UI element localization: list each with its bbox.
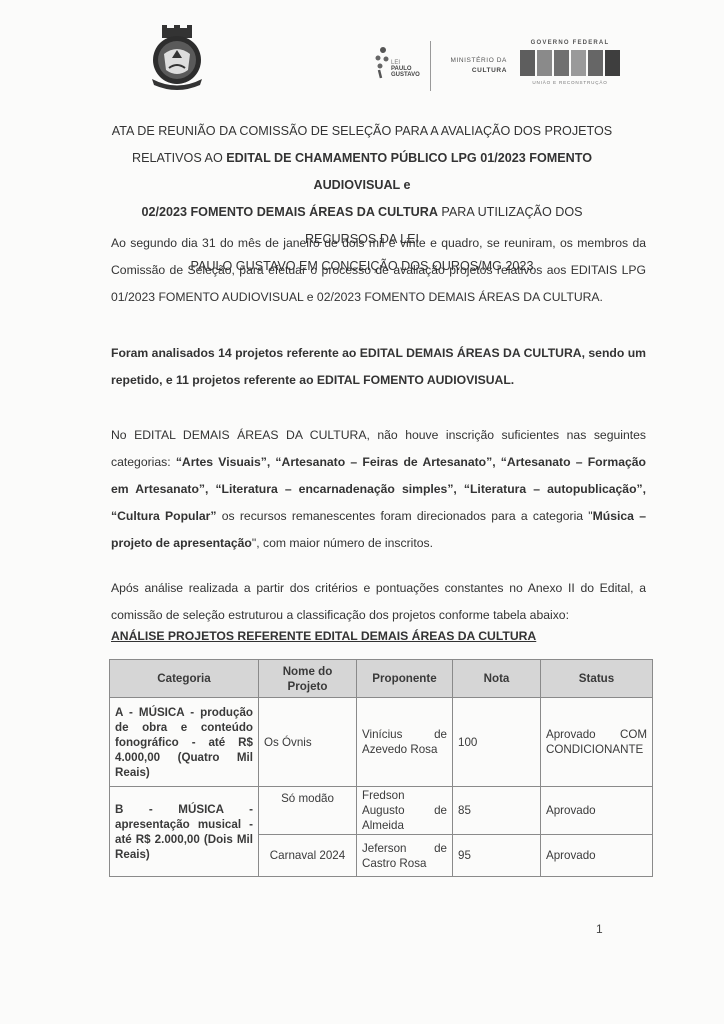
paragraph-projects-analyzed: Foram analisados 14 projetos referente a… (111, 340, 646, 394)
table-title: ANÁLISE PROJETOS REFERENTE EDITAL DEMAIS… (111, 629, 536, 643)
ministry-line2: CULTURA (442, 66, 507, 76)
municipal-coat-of-arms-icon (142, 24, 212, 94)
brasil-wordmark-icon (520, 50, 620, 76)
logo-divider (430, 41, 431, 91)
cell-nota: 100 (453, 698, 541, 787)
header-status: Status (541, 660, 653, 698)
lpg-gustavo-text: GUSTAVO (391, 72, 420, 78)
title-line3-bold: 02/2023 FOMENTO DEMAIS ÁREAS DA CULTURA (141, 205, 437, 219)
page-number: 1 (596, 922, 603, 936)
cell-proponente: Fredson Augusto de Almeida (357, 787, 453, 835)
cell-status: Aprovado (541, 787, 653, 835)
table-header-row: Categoria Nome do Projeto Proponente Not… (110, 660, 653, 698)
cell-nome-projeto: Carnaval 2024 (259, 835, 357, 877)
ministry-line1: MINISTÉRIO DA (442, 56, 507, 66)
header-nome-projeto: Nome do Projeto (259, 660, 357, 698)
projects-analysis-table: Categoria Nome do Projeto Proponente Not… (109, 659, 653, 877)
governo-federal-text: GOVERNO FEDERAL (520, 40, 620, 46)
governo-federal-logo: GOVERNO FEDERAL UNIÃO E RECONSTRUÇÃO (520, 40, 620, 85)
paragraph-insufficient-categories: No EDITAL DEMAIS ÁREAS DA CULTURA, não h… (111, 422, 646, 557)
cell-status: Aprovado (541, 835, 653, 877)
header-nota: Nota (453, 660, 541, 698)
table-row: B - MÚSICA - apresentação musical - até … (110, 787, 653, 835)
cell-proponente: Vinícius de Azevedo Rosa (357, 698, 453, 787)
table-row: A - MÚSICA - produção de obra e conteúdo… (110, 698, 653, 787)
cell-status: Aprovado COM CONDICIONANTE (541, 698, 653, 787)
p3-end: ", com maior número de inscritos. (252, 536, 433, 550)
ministry-of-culture-logo: MINISTÉRIO DA CULTURA (442, 56, 507, 76)
title-line2-normal: RELATIVOS AO (132, 151, 226, 165)
cell-categoria: A - MÚSICA - produção de obra e conteúdo… (110, 698, 259, 787)
cell-nota: 85 (453, 787, 541, 835)
uniao-reconstrucao-text: UNIÃO E RECONSTRUÇÃO (520, 80, 620, 85)
cell-proponente: Jeferson de Castro Rosa (357, 835, 453, 877)
cell-categoria: B - MÚSICA - apresentação musical - até … (110, 787, 259, 877)
header-categoria: Categoria (110, 660, 259, 698)
paragraph-meeting-date: Ao segundo dia 31 do mês de janeiro de d… (111, 230, 646, 311)
title-line2-bold: EDITAL DE CHAMAMENTO PÚBLICO LPG 01/2023… (226, 151, 592, 192)
cell-nota: 95 (453, 835, 541, 877)
p3-middle: os recursos remanescentes foram direcion… (216, 509, 592, 523)
cell-nome-projeto: Os Óvnis (259, 698, 357, 787)
header-proponente: Proponente (357, 660, 453, 698)
paragraph-analysis: Após análise realizada a partir dos crit… (111, 575, 646, 629)
title-line1: ATA DE REUNIÃO DA COMISSÃO DE SELEÇÃO PA… (105, 118, 619, 145)
cell-nome-projeto: Só modão (259, 787, 357, 835)
lei-paulo-gustavo-logo: LEI PAULO GUSTAVO (375, 44, 430, 84)
